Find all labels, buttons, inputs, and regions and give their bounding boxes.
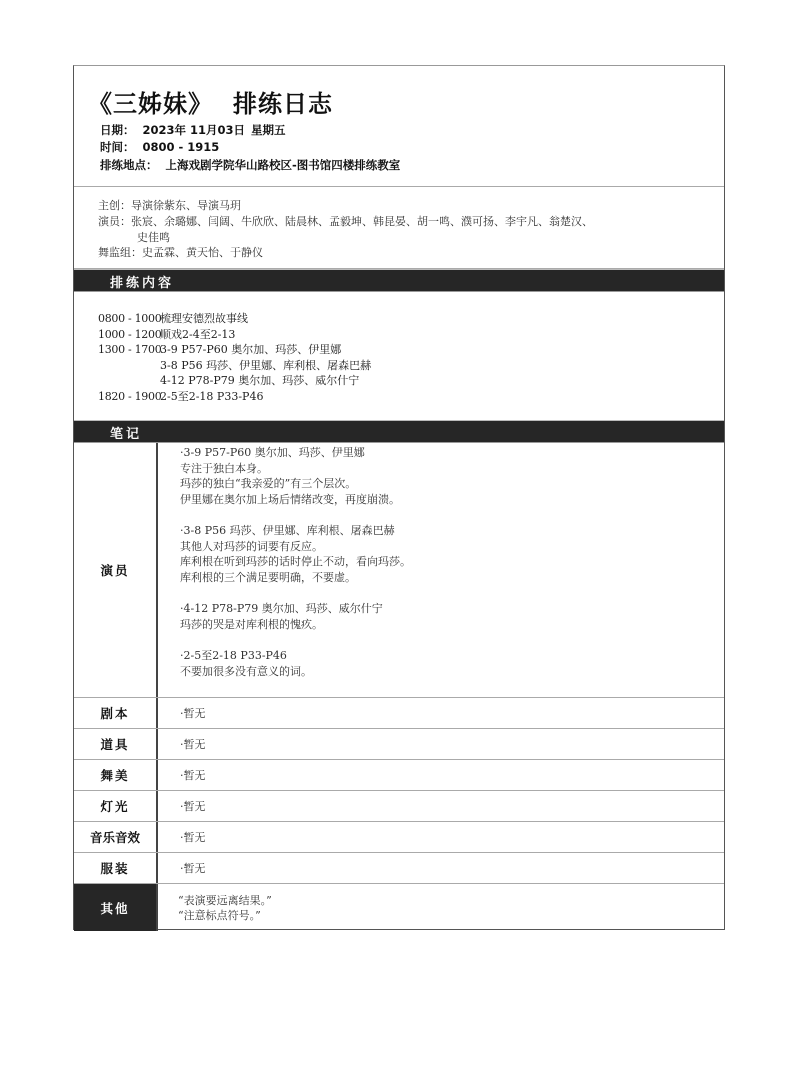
creative-line: 主创：导演徐紫东、导演马玥	[98, 197, 241, 213]
schedule-list: 0800 - 1000梳理安德烈故事线 1000 - 1200顺戏2-4至2-1…	[98, 311, 371, 404]
rehearsal-content-heading: 排练内容	[110, 272, 174, 291]
notes-row-costume: 服装 ·暂无	[74, 853, 724, 884]
note-spacer	[180, 632, 411, 648]
schedule-text: 梳理安德烈故事线	[160, 312, 248, 325]
schedule-text: 3-8 P56 玛莎、伊里娜、库利根、屠森巴赫	[160, 359, 371, 372]
note-line: 库利根的三个满足要明确，不要虚。	[180, 570, 411, 586]
schedule-row: 4-12 P78-P79 奥尔加、玛莎、威尔什宁	[98, 373, 371, 389]
notes-row-sound: 音乐音效 ·暂无	[74, 822, 724, 853]
stage-management-line: 舞监组：史孟霖、黄天怡、于静仪	[98, 244, 263, 260]
notes-row-props: 道具 ·暂无	[74, 729, 724, 760]
notes-label-sound: 音乐音效	[74, 822, 158, 852]
notes-label-set: 舞美	[74, 760, 158, 790]
actors-value: 张宸、余璐娜、闫阔、牛欣欣、陆晨林、孟毅坤、韩昆晏、胡一鸣、濮可扬、李宇凡、翁楚…	[131, 215, 593, 228]
note-spacer	[180, 507, 411, 523]
actors-value-cont: 史佳鸣	[98, 229, 593, 245]
schedule-text: 顺戏2-4至2-13	[160, 328, 235, 341]
other-line: “表演要远离结果。”	[178, 893, 272, 908]
schedule-row: 0800 - 1000梳理安德烈故事线	[98, 311, 371, 327]
rehearsal-content-header: 排练内容	[74, 269, 724, 292]
notes-label-props: 道具	[74, 729, 158, 759]
notes-value-costume: ·暂无	[180, 853, 714, 883]
note-line: ·3-9 P57-P60 奥尔加、玛莎、伊里娜	[180, 445, 411, 461]
schedule-time: 1820 - 1900	[98, 389, 160, 405]
stage-management-label: 舞监组：	[98, 246, 142, 259]
schedule-row: 1820 - 19002-5至2-18 P33-P46	[98, 389, 371, 405]
page-title: 《三姊妹》排练日志	[88, 84, 333, 119]
schedule-row: 1000 - 1200顺戏2-4至2-13	[98, 327, 371, 343]
note-line: 伊里娜在奥尔加上场后情绪改变，再度崩溃。	[180, 492, 411, 508]
notes-label-script: 剧本	[74, 698, 158, 728]
note-line: 其他人对玛莎的词要有反应。	[180, 539, 411, 555]
notes-label-actors: 演员	[74, 443, 158, 697]
schedule-time: 1000 - 1200	[98, 327, 160, 343]
date-line: 日期：2023年 11月03日星期五	[100, 122, 286, 138]
play-title: 《三姊妹》	[88, 90, 213, 118]
creative-value: 导演徐紫东、导演马玥	[131, 199, 241, 212]
weekday-value: 星期五	[251, 123, 286, 137]
notes-value-script: ·暂无	[180, 698, 714, 728]
stage-management-value: 史孟霖、黄天怡、于静仪	[142, 246, 263, 259]
actors-line: 演员：张宸、余璐娜、闫阔、牛欣欣、陆晨林、孟毅坤、韩昆晏、胡一鸣、濮可扬、李宇凡…	[98, 213, 593, 245]
notes-label-other: 其他	[74, 884, 158, 931]
note-line: ·2-5至2-18 P33-P46	[180, 648, 411, 664]
schedule-text: 3-9 P57-P60 奥尔加、玛莎、伊里娜	[160, 343, 341, 356]
notes-heading: 笔记	[110, 423, 142, 442]
notes-row-set: 舞美 ·暂无	[74, 760, 724, 791]
notes-value-set: ·暂无	[180, 760, 714, 790]
header-section: 《三姊妹》排练日志 日期：2023年 11月03日星期五 时间：0800 - 1…	[74, 66, 724, 187]
other-line: “注意标点符号。”	[178, 908, 261, 923]
date-value: 2023年 11月03日	[143, 123, 246, 137]
note-line: 玛莎的独白“我亲爱的”有三个层次。	[180, 476, 411, 492]
rehearsal-log-sheet: 《三姊妹》排练日志 日期：2023年 11月03日星期五 时间：0800 - 1…	[73, 65, 725, 930]
crew-section: 主创：导演徐紫东、导演马玥 演员：张宸、余璐娜、闫阔、牛欣欣、陆晨林、孟毅坤、韩…	[74, 186, 724, 269]
note-line: 不要加很多没有意义的词。	[180, 664, 411, 680]
notes-value-props: ·暂无	[180, 729, 714, 759]
time-label: 时间：	[100, 140, 135, 154]
notes-row-other: 其他 “表演要远离结果。” “注意标点符号。”	[74, 884, 724, 931]
notes-row-actors: 演员 ·3-9 P57-P60 奥尔加、玛莎、伊里娜 专注于独白本身。 玛莎的独…	[74, 443, 724, 698]
notes-label-costume: 服装	[74, 853, 158, 883]
schedule-row: 1300 - 17003-9 P57-P60 奥尔加、玛莎、伊里娜	[98, 342, 371, 358]
actors-label: 演员：	[98, 215, 131, 228]
note-line: ·3-8 P56 玛莎、伊里娜、库利根、屠森巴赫	[180, 523, 411, 539]
note-line: 库利根在听到玛莎的话时停止不动，看向玛莎。	[180, 554, 411, 570]
schedule-row: 3-8 P56 玛莎、伊里娜、库利根、屠森巴赫	[98, 358, 371, 374]
schedule-text: 2-5至2-18 P33-P46	[160, 390, 263, 403]
note-line: 玛莎的哭是对库利根的愧疚。	[180, 617, 411, 633]
schedule-time: 0800 - 1000	[98, 311, 160, 327]
log-title: 排练日志	[233, 90, 333, 118]
notes-value-other: “表演要远离结果。” “注意标点符号。”	[178, 884, 714, 931]
notes-value-lighting: ·暂无	[180, 791, 714, 821]
note-line: ·4-12 P78-P79 奥尔加、玛莎、威尔什宁	[180, 601, 411, 617]
date-label: 日期：	[100, 123, 135, 137]
time-value: 0800 - 1915	[143, 140, 220, 154]
location-label: 排练地点：	[100, 158, 158, 172]
actor-notes-list: ·3-9 P57-P60 奥尔加、玛莎、伊里娜 专注于独白本身。 玛莎的独白“我…	[180, 445, 411, 679]
location-value: 上海戏剧学院华山路校区-图书馆四楼排练教室	[166, 158, 401, 172]
note-line: 专注于独白本身。	[180, 461, 411, 477]
notes-row-lighting: 灯光 ·暂无	[74, 791, 724, 822]
notes-label-lighting: 灯光	[74, 791, 158, 821]
note-spacer	[180, 585, 411, 601]
time-line: 时间：0800 - 1915	[100, 139, 219, 155]
schedule-time: 1300 - 1700	[98, 342, 160, 358]
notes-value-sound: ·暂无	[180, 822, 714, 852]
creative-label: 主创：	[98, 199, 131, 212]
notes-row-script: 剧本 ·暂无	[74, 698, 724, 729]
notes-header: 笔记	[74, 420, 724, 443]
location-line: 排练地点：上海戏剧学院华山路校区-图书馆四楼排练教室	[100, 157, 400, 173]
schedule-text: 4-12 P78-P79 奥尔加、玛莎、威尔什宁	[160, 374, 359, 387]
